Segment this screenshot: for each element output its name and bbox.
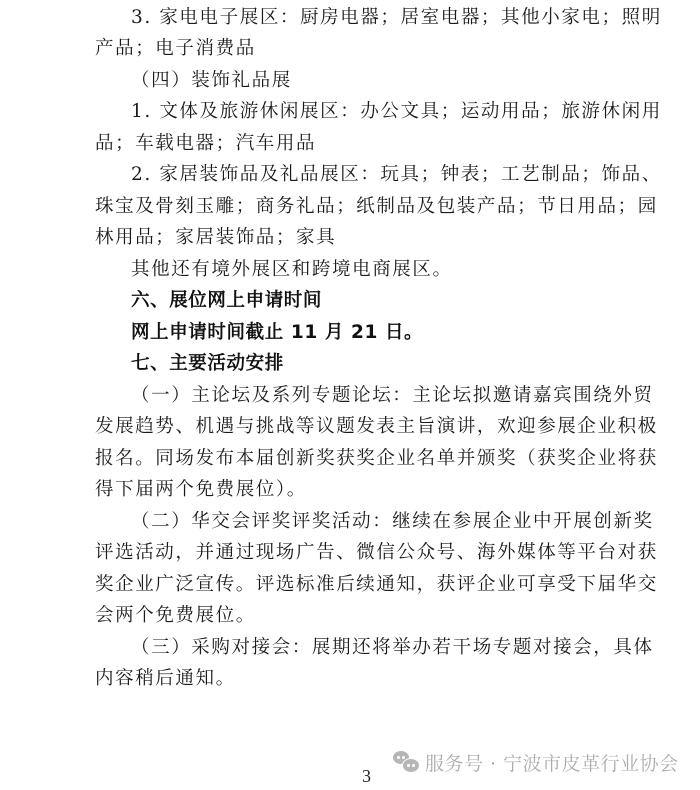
text-line-2: 产品；电子消费品 bbox=[95, 37, 615, 61]
text-line-14: 发展趋势、机遇与挑战等议题发表主旨演讲，欢迎参展企业积极 bbox=[95, 415, 615, 439]
text-line-19: 奖企业广泛宣传。评选标准后续通知，获评企业可享受下届华交 bbox=[95, 573, 615, 597]
text-line-21: （三）采购对接会：展期还将举办若干场专题对接会，具体 bbox=[131, 636, 651, 660]
text-line-18: 评选活动，并通过现场广告、微信公众号、海外媒体等平台对获 bbox=[95, 541, 615, 565]
text-line-20: 会两个免费展位。 bbox=[95, 604, 615, 628]
text-line-22: 内容稍后通知。 bbox=[95, 667, 615, 691]
text-line-8: 林用品；家居装饰品；家具 bbox=[95, 226, 615, 250]
wechat-icon bbox=[393, 751, 419, 773]
watermark-text: 服务号 · 宁波市皮革行业协会 bbox=[425, 749, 679, 776]
text-line-1: 3. 家电电子展区：厨房电器；居室电器；其他小家电；照明 bbox=[131, 6, 651, 30]
text-line-9: 其他还有境外展区和跨境电商展区。 bbox=[131, 258, 651, 282]
section-heading-decoration-gifts: （四）装饰礼品展 bbox=[131, 69, 651, 93]
text-line-7: 珠宝及骨刻玉雕；商务礼品；纸制品及包装产品；节日用品；园 bbox=[95, 195, 615, 219]
document-page: 3. 家电电子展区：厨房电器；居室电器；其他小家电；照明 产品；电子消费品 （四… bbox=[0, 0, 700, 790]
text-line-16: 得下届两个免费展位）。 bbox=[95, 478, 615, 502]
section-heading-online-application: 六、展位网上申请时间 bbox=[131, 289, 651, 313]
text-line-6: 2. 家居装饰品及礼品展区：玩具；钟表；工艺制品；饰品、 bbox=[131, 163, 651, 187]
text-line-15: 报名。同场发布本届创新奖获奖企业名单并颁奖（获奖企业将获 bbox=[95, 447, 615, 471]
text-line-17: （二）华交会评奖评奖活动：继续在参展企业中开展创新奖 bbox=[131, 510, 651, 534]
page-number: 3 bbox=[362, 766, 371, 787]
watermark: 服务号 · 宁波市皮革行业协会 bbox=[393, 749, 679, 775]
text-line-13: （一）主论坛及系列专题论坛：主论坛拟邀请嘉宾围绕外贸 bbox=[131, 384, 651, 408]
text-line-5: 品；车载电器；汽车用品 bbox=[95, 132, 615, 156]
section-heading-main-activities: 七、主要活动安排 bbox=[131, 352, 651, 376]
application-deadline: 网上申请时间截止 11 月 21 日。 bbox=[131, 321, 651, 345]
text-line-4: 1. 文体及旅游休闲展区：办公文具；运动用品；旅游休闲用 bbox=[131, 100, 651, 124]
